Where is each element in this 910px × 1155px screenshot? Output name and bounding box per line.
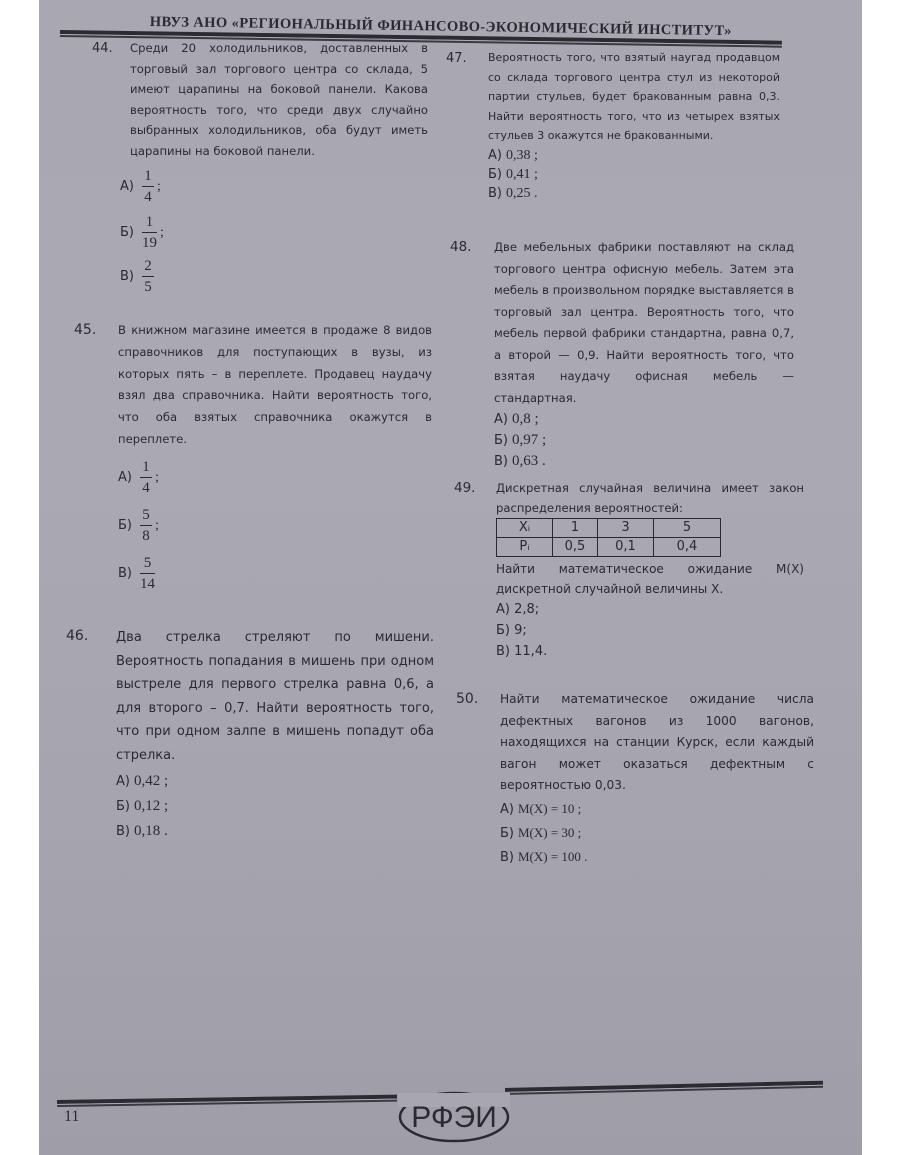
- question-46: 46. Два стрелка стреляют по мишени. Веро…: [66, 626, 434, 844]
- question-text: Две мебельных фабрики поставляют на скла…: [494, 237, 794, 409]
- answer-option-a[interactable]: А)0,38 ;: [488, 146, 780, 165]
- answer-option-b[interactable]: Б) 58 ;: [118, 505, 432, 547]
- answer-options: А) 14 ; Б) 58 ; В) 514: [118, 457, 432, 595]
- answer-option-b[interactable]: Б)0,41 ;: [488, 165, 780, 184]
- answer-option-a[interactable]: А) 14 ;: [120, 165, 428, 207]
- rfei-logo-icon: РФЭИ: [398, 1087, 510, 1143]
- answer-option-b[interactable]: Б) 9;: [496, 620, 804, 641]
- question-text: В книжном магазине имеется в продаже 8 в…: [118, 320, 432, 451]
- answer-option-b[interactable]: Б) 119 ;: [120, 211, 428, 253]
- question-48: 48. Две мебельных фабрики поставляют на …: [450, 237, 794, 472]
- question-text: Вероятность того, что взятый наугад прод…: [488, 48, 780, 146]
- answer-option-c[interactable]: В) 514: [118, 553, 432, 595]
- answer-option-c[interactable]: В)0,63 .: [494, 451, 794, 472]
- answer-option-c[interactable]: В)0,18 .: [116, 819, 434, 844]
- question-text: Среди 20 холодильников, доставленных в т…: [130, 38, 428, 161]
- answer-option-b[interactable]: Б)M(X) = 30 ;: [500, 821, 814, 845]
- distribution-table: Xᵢ 1 3 5 Pᵢ 0,5 0,1 0,4: [496, 518, 721, 557]
- question-45: 45. В книжном магазине имеется в продаже…: [74, 320, 432, 595]
- answer-options: А)0,8 ; Б)0,97 ; В)0,63 .: [494, 409, 794, 472]
- distribution-table-wrap: Xᵢ 1 3 5 Pᵢ 0,5 0,1 0,4: [496, 518, 804, 557]
- answer-option-b[interactable]: Б)0,12 ;: [116, 794, 434, 819]
- answer-options: А)0,42 ; Б)0,12 ; В)0,18 .: [116, 769, 434, 844]
- fraction: 14: [140, 459, 152, 496]
- question-number: 47.: [446, 48, 467, 69]
- answer-option-c[interactable]: В) 25: [120, 255, 428, 297]
- answer-option-a[interactable]: А)0,42 ;: [116, 769, 434, 794]
- question-number: 44.: [92, 38, 113, 59]
- question-number: 49.: [454, 478, 475, 499]
- fraction: 14: [142, 168, 154, 205]
- question-number: 50.: [456, 689, 478, 710]
- answer-option-a[interactable]: А) 14 ;: [118, 457, 432, 499]
- question-number: 48.: [450, 237, 471, 258]
- fraction: 58: [140, 507, 152, 544]
- answer-options: А)M(X) = 10 ; Б)M(X) = 30 ; В)M(X) = 100…: [500, 797, 814, 869]
- answer-option-a[interactable]: А)M(X) = 10 ;: [500, 797, 814, 821]
- answer-option-c[interactable]: В)0,25 .: [488, 184, 780, 203]
- question-text-after: Найти математическое ожидание M(X) дискр…: [496, 559, 804, 599]
- svg-text:РФЭИ: РФЭИ: [411, 1101, 497, 1134]
- question-50: 50. Найти математическое ожидание числа …: [456, 689, 814, 869]
- question-47: 47. Вероятность того, что взятый наугад …: [446, 48, 780, 203]
- question-text: Два стрелка стреляют по мишени. Вероятно…: [116, 626, 434, 767]
- question-49: 49. Дискретная случайная величина имеет …: [454, 478, 804, 662]
- answer-options: А)0,38 ; Б)0,41 ; В)0,25 .: [488, 146, 780, 203]
- fraction: 25: [142, 258, 154, 295]
- answer-option-a[interactable]: А)0,8 ;: [494, 409, 794, 430]
- table-row-p: Pᵢ 0,5 0,1 0,4: [497, 538, 721, 557]
- answer-option-b[interactable]: Б)0,97 ;: [494, 430, 794, 451]
- question-text-before: Дискретная случайная величина имеет зако…: [496, 478, 804, 518]
- answer-option-a[interactable]: А) 2,8;: [496, 599, 804, 620]
- question-44: 44. Среди 20 холодильников, доставленных…: [92, 38, 428, 297]
- question-number: 45.: [74, 320, 96, 341]
- institute-logo: РФЭИ: [398, 1087, 510, 1147]
- fraction: 514: [140, 555, 155, 592]
- answer-option-c[interactable]: В) 11,4.: [496, 641, 804, 662]
- answer-options: А) 14 ; Б) 119 ; В) 25: [120, 165, 428, 297]
- answer-options: А) 2,8; Б) 9; В) 11,4.: [496, 599, 804, 662]
- fraction: 119: [142, 214, 157, 251]
- page-number: 11: [64, 1108, 79, 1126]
- question-number: 46.: [66, 626, 88, 647]
- answer-option-c[interactable]: В)M(X) = 100 .: [500, 845, 814, 869]
- table-row-x: Xᵢ 1 3 5: [497, 519, 721, 538]
- question-text: Найти математическое ожидание числа дефе…: [500, 689, 814, 797]
